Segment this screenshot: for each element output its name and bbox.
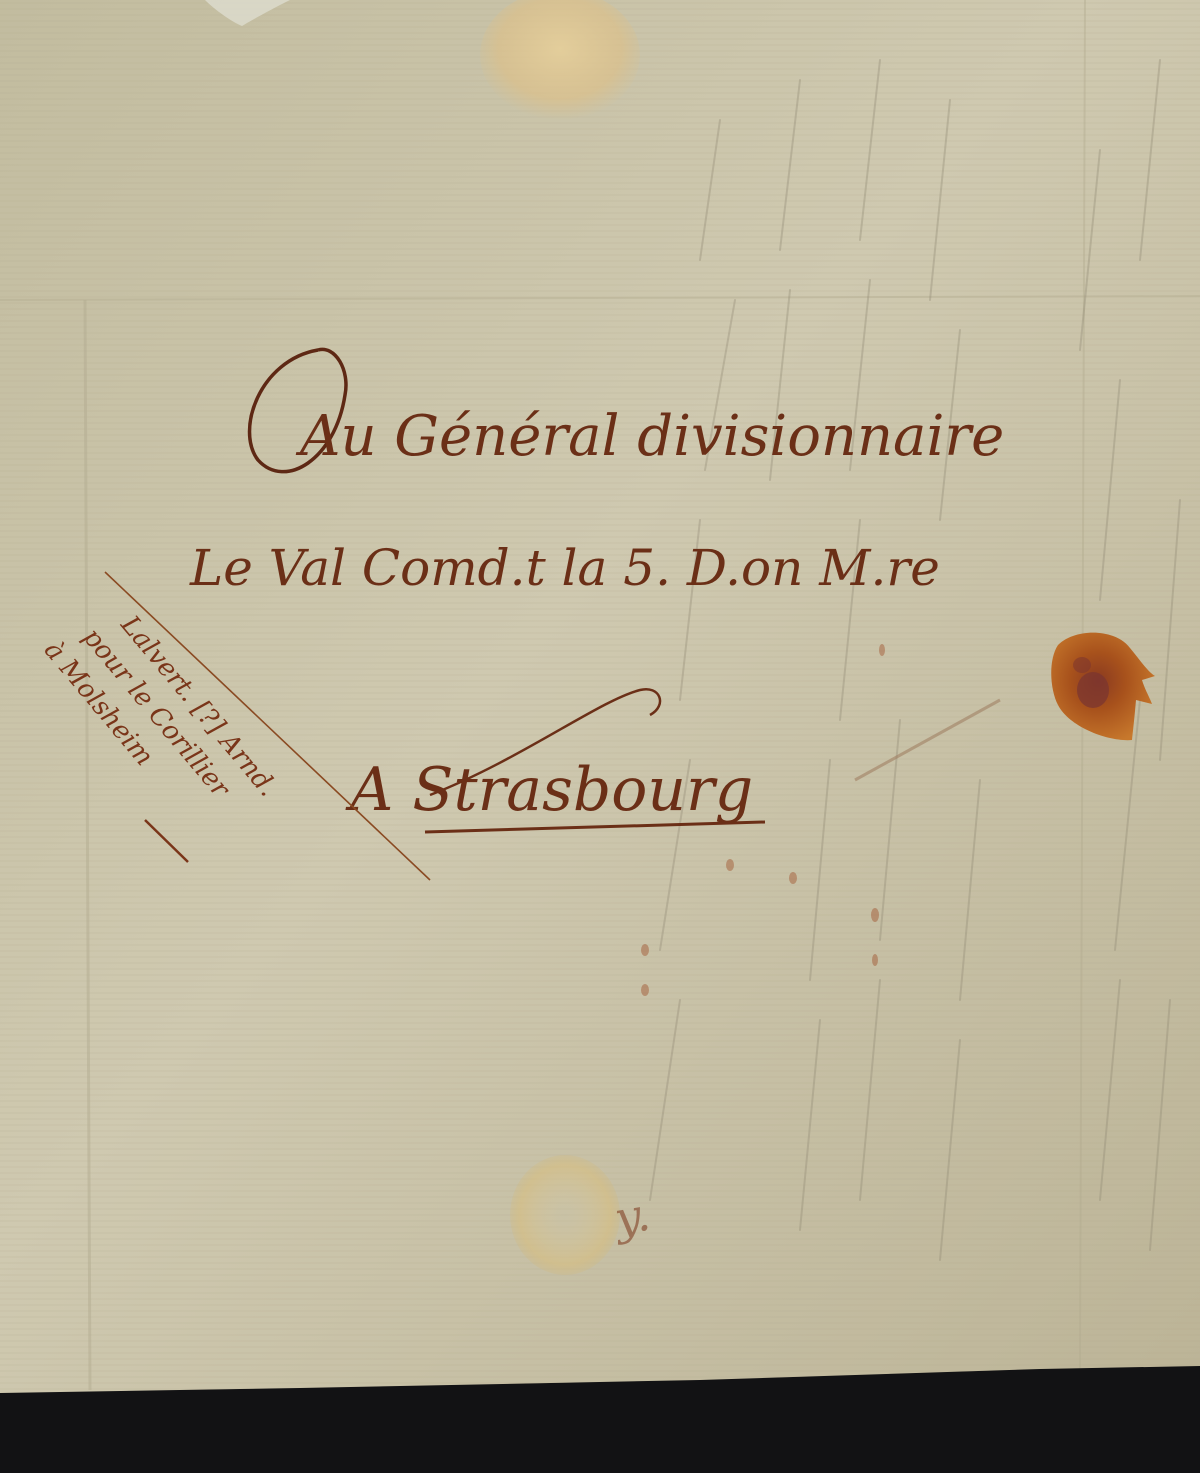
seal-stain-bottom xyxy=(510,1155,620,1275)
address-line-1: Au Général divisionnaire xyxy=(295,404,1004,469)
address-line-2: Le Val Comd.t la 5. D.on M.re xyxy=(189,539,940,597)
address-line-3: A Strasbourg xyxy=(345,755,753,825)
letter-photo: y. Au Général divisionnaire Le Val Comd.… xyxy=(0,0,1200,1473)
